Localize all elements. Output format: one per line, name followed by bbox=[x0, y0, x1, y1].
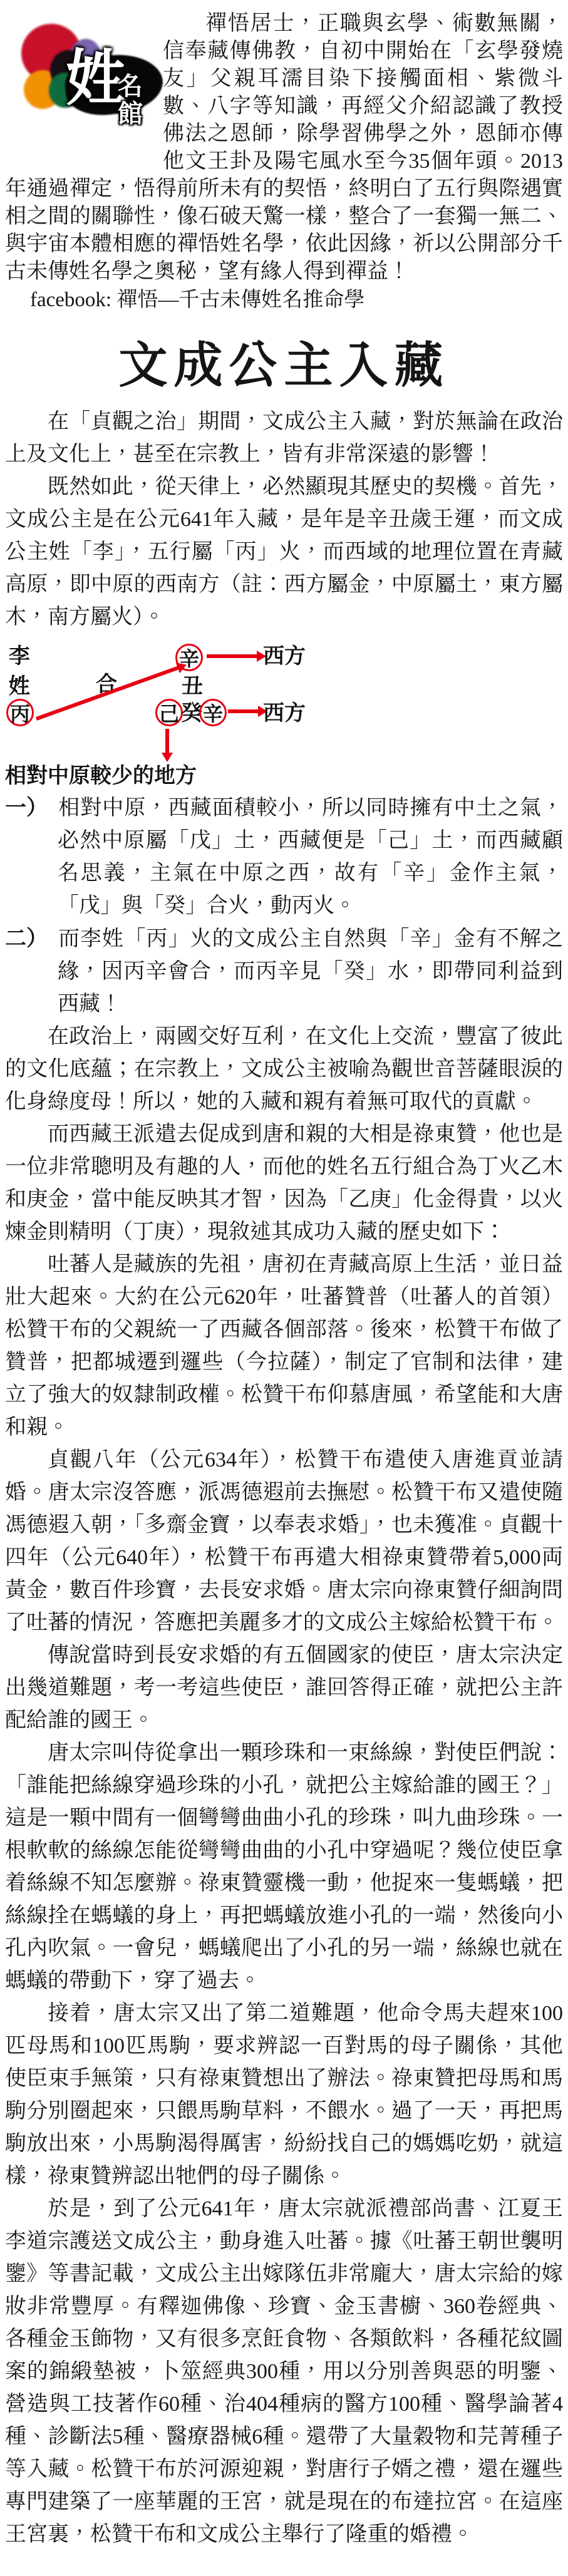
paragraph: 貞觀八年（公元634年），松贊干布遣使入唐進貢並請婚。唐太宗沒答應，派馮德遐前去… bbox=[5, 1444, 563, 1639]
diagram-caption: 相對中原較少的地方 bbox=[5, 761, 563, 790]
list-text: 相對中原，西藏面積較小，所以同時擁有中土之氣，必然中原屬「戊」土，西藏便是「己」… bbox=[58, 796, 563, 917]
diagram-circled-ji: 己 bbox=[155, 699, 183, 726]
paragraph: 於是，到了公元641年，唐太宗就派禮部尚書、江夏王李道宗護送文成公主，動身進入吐… bbox=[5, 2193, 563, 2551]
paragraph: 吐蕃人是藏族的先祖，唐初在青藏高原上生活，並日益壯大起來。大約在公元620年，吐… bbox=[5, 1249, 563, 1444]
diagram-char-li: 李 bbox=[9, 644, 30, 669]
paragraph: 唐太宗叫侍從拿出一顆珍珠和一束絲線，對使臣們說：「誰能把絲線穿過珍珠的小孔，就把… bbox=[5, 1737, 563, 1997]
article-title: 文成公主入藏 bbox=[5, 336, 563, 396]
paragraph: 傳說當時到長安求婚的有五個國家的使臣，唐太宗決定出幾道難題，考一考這些使臣，誰回… bbox=[5, 1639, 563, 1737]
paragraph: 接着，唐太宗又出了第二道難題，他命令馬夫趕來100匹母馬和100匹馬駒，要求辨認… bbox=[5, 1997, 563, 2193]
list-text: 而李姓「丙」火的文成公主自然與「辛」金有不解之緣，因丙辛會合，而丙辛見「癸」水，… bbox=[58, 927, 563, 1016]
logo-rest-characters: 名館 bbox=[118, 73, 163, 128]
facebook-line: facebook: 禪悟—千古未傳姓名推命學 bbox=[30, 286, 563, 314]
arrow-ji-down-icon bbox=[165, 729, 169, 754]
list-item: 一）相對中原，西藏面積較小，所以同時擁有中土之氣，必然中原屬「戊」土，西藏便是「… bbox=[58, 791, 563, 922]
site-logo: 姓 名館 bbox=[5, 10, 163, 172]
diagram-west-top: 西方 bbox=[263, 644, 306, 669]
paragraph: 而西藏王派遣去促成到唐和親的大相是祿東贊，他也是一位非常聰明及有趣的人，而他的姓… bbox=[5, 1118, 563, 1249]
diagram-char-xing: 姓 bbox=[9, 674, 30, 699]
list-item: 二）而李姓「丙」火的文成公主自然與「辛」金有不解之緣，因丙辛會合，而丙辛見「癸」… bbox=[58, 922, 563, 1021]
diagram-west-low: 西方 bbox=[263, 701, 306, 726]
arrow-xin-low-to-west-icon bbox=[228, 709, 259, 713]
intro-section: 姓 名館 禪悟居士，正職與玄學、術數無關，信奉藏傳佛教，自初中開始在「玄學發燒友… bbox=[5, 10, 563, 314]
paragraph: 在「貞觀之治」期間，文成公主入藏，對於無論在政治上及文化上，甚至在宗教上，皆有非… bbox=[5, 406, 563, 471]
list-marker: 二） bbox=[5, 922, 58, 955]
page: 姓 名館 禪悟居士，正職與玄學、術數無關，信奉藏傳佛教，自初中開始在「玄學發燒友… bbox=[0, 0, 568, 2576]
five-elements-diagram: 李 辛 西方 姓 合 丑 丙 己 癸 辛 西方 bbox=[5, 637, 563, 761]
arrow-xin-to-west-icon bbox=[207, 654, 258, 658]
diagram-circled-bing: 丙 bbox=[6, 699, 34, 726]
diagram-circled-xin-low: 辛 bbox=[199, 699, 227, 726]
list-marker: 一） bbox=[5, 791, 58, 824]
diagram-char-chou: 丑 bbox=[182, 674, 203, 699]
paragraph: 在政治上，兩國交好互利，在文化上交流，豐富了彼此的文化底蘊；在宗教上，文成公主被… bbox=[5, 1021, 563, 1118]
paragraph: 既然如此，從天律上，必然顯現其歷史的契機。首先，文成公主是在公元641年入藏，是… bbox=[5, 471, 563, 634]
